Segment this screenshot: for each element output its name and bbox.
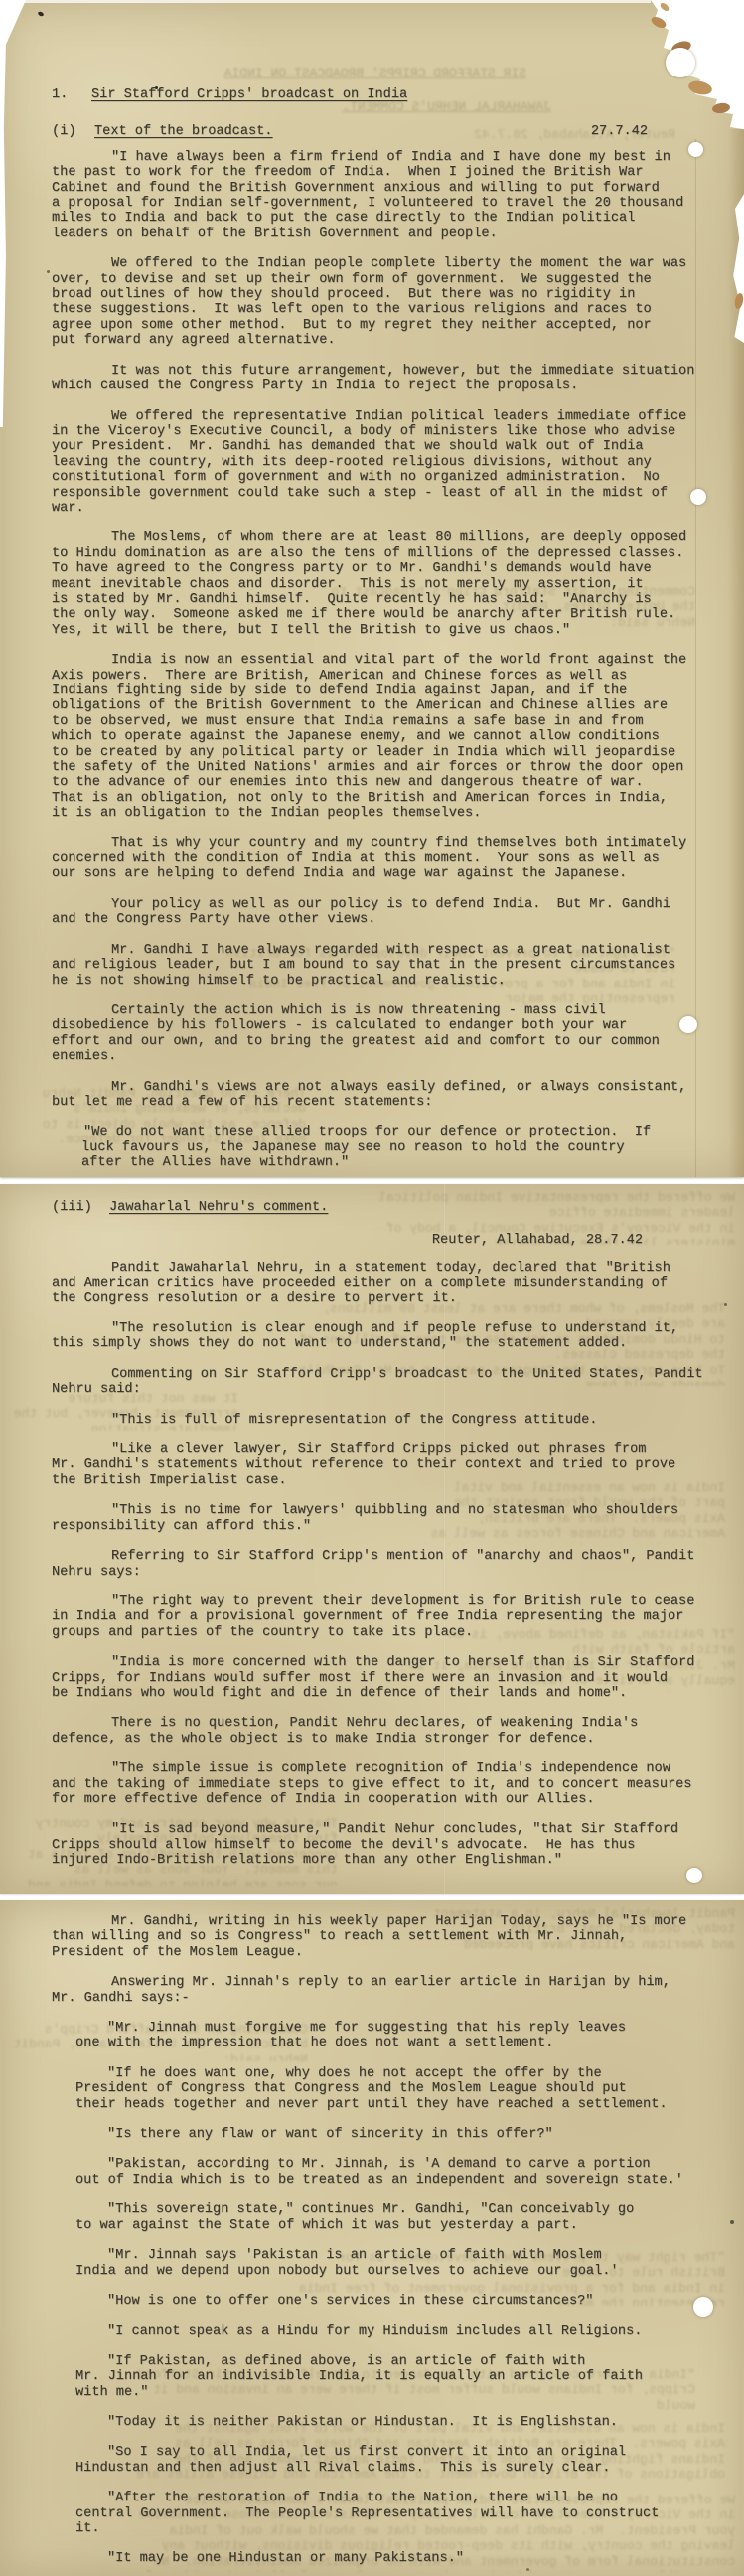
paragraph: "I have always been a firm friend of Ind… (52, 150, 736, 241)
nehru-paragraphs: Pandit Jawaharlal Nehru, in a statement … (52, 1261, 736, 1869)
paragraph: "If Pakistan, as defined above, is an ar… (75, 2354, 736, 2400)
paragraph: We offered to the Indian people complete… (52, 256, 736, 348)
paragraph: "India is more concerned with the danger… (52, 1655, 736, 1701)
paragraph: There is no question, Pandit Nehru decla… (52, 1716, 736, 1746)
paragraph: Referring to Sir Stafford Cripp's mentio… (52, 1549, 736, 1580)
section-number: 1. (52, 87, 91, 102)
punch-hole (690, 489, 706, 505)
paragraph: Mr. Gandhi, writing in his weekly paper … (52, 1914, 736, 1960)
ink-speck (526, 2568, 529, 2571)
subsection-title: Jawaharlal Nehru's comment. (109, 1200, 328, 1215)
paragraph: "Mr. Jinnah must forgive me for suggesti… (75, 2021, 736, 2051)
subsection-heading: (iii)Jawaharlal Nehru's comment. (52, 1200, 736, 1215)
punch-hole (693, 2297, 713, 2317)
ink-speck (155, 86, 158, 89)
paragraph: We offered the representative Indian pol… (52, 409, 736, 517)
section-heading: 1.Sir Stafford Cripps' broadcast on Indi… (52, 87, 736, 102)
page-content: 1.Sir Stafford Cripps' broadcast on Indi… (0, 0, 744, 1171)
paragraph: Pandit Jawaharlal Nehru, in a statement … (52, 1261, 736, 1306)
paragraph: India is now an essential and vital part… (52, 653, 736, 821)
paragraph: "It may be one Hindustan or many Pakista… (75, 2551, 736, 2566)
paragraph: "This is full of misrepresentation of th… (52, 1413, 736, 1428)
paragraph: "The right way to prevent their developm… (52, 1594, 736, 1640)
paragraph: Mr. Gandhi's views are not always easily… (52, 1080, 736, 1111)
paragraph: "How is one to offer one's services in t… (75, 2294, 736, 2309)
paragraph: "After the restoration of India to the N… (75, 2491, 736, 2536)
paragraph: "This sovereign state," continues Mr. Ga… (75, 2202, 736, 2233)
ink-speck (730, 2220, 734, 2224)
subsection-heading: (i)Text of the broadcast.27.7.42 (52, 124, 736, 139)
paragraph: "Today it is neither Pakistan or Hindust… (75, 2415, 736, 2430)
paragraph: "Mr. Jinnah says 'Pakistan is an article… (75, 2248, 736, 2279)
paragraph: "Pakistan, according to Mr. Jinnah, is '… (75, 2157, 736, 2188)
broadcast-date: 27.7.42 (591, 124, 648, 139)
paragraph: It was not this future arrangement, howe… (52, 364, 736, 394)
gandhi-paragraphs: Mr. Gandhi, writing in his weekly paper … (52, 1914, 736, 2567)
ink-speck (47, 270, 50, 273)
paragraph: Your policy as well as our policy is to … (52, 897, 736, 928)
paper-edge (0, 0, 651, 3)
page-content: (iii)Jawaharlal Nehru's comment. Reuter,… (0, 1184, 744, 1869)
punch-hole (688, 142, 703, 157)
section-title: Sir Stafford Cripps' broadcast on India (91, 87, 407, 102)
page-divider (0, 1177, 744, 1184)
page-content: Mr. Gandhi, writing in his weekly paper … (0, 1900, 744, 2567)
subsection-label: (i) (52, 124, 94, 139)
paragraph: "It is sad beyond measure," Pandit Nehur… (52, 1822, 736, 1868)
paragraph: "We do not want these allied troops for … (81, 1125, 736, 1170)
paragraph: Commenting on Sir Stafford Cripp's broad… (52, 1367, 736, 1398)
paragraph: "The resolution is clear enough and if p… (52, 1321, 736, 1352)
paragraph: That is why your country and my country … (52, 836, 736, 882)
paragraph: "Like a clever lawyer, Sir Stafford Crip… (52, 1442, 736, 1488)
paragraph: The Moslems, of whom there are at least … (52, 530, 736, 638)
broadcast-paragraphs: "I have always been a firm friend of Ind… (52, 150, 736, 1171)
punch-hole (686, 1868, 702, 1883)
paragraph: "Is there any flaw or want of sincerity … (75, 2127, 736, 2142)
punch-hole (679, 1016, 697, 1033)
scanned-document: Sir Stafford Cripps' broadcast on India … (0, 0, 744, 2576)
paragraph: "So I say to all India, let us first con… (75, 2445, 736, 2476)
punch-hole (666, 48, 695, 77)
paragraph: "If he does want one, why does he not ac… (75, 2066, 736, 2112)
subsection-label: (iii) (52, 1200, 109, 1215)
ink-speck (724, 1303, 727, 1306)
scanned-page-nehru-comment: We offered the representative Indian pol… (0, 1184, 744, 1894)
subsection-title: Text of the broadcast. (94, 124, 272, 139)
paragraph: "I cannot speak as a Hindu for my Hindui… (75, 2324, 736, 2339)
paragraph: Certainly the action which is is now thr… (52, 1003, 736, 1065)
paragraph: Mr. Gandhi I have always regarded with r… (52, 943, 736, 988)
page-divider (0, 1894, 744, 1900)
scanned-page-broadcast-text: Sir Stafford Cripps' broadcast on India … (0, 0, 744, 1177)
scanned-page-gandhi-harijan: Pandit Jawaharlal Nehru, in a statement … (0, 1900, 744, 2576)
news-byline: Reuter, Allahabad, 28.7.42 (52, 1233, 736, 1248)
paragraph: Answering Mr. Jinnah's reply to an earli… (52, 1975, 736, 2006)
paragraph: "This is no time for lawyers' quibbling … (52, 1503, 736, 1534)
paragraph: "The simple issue is complete recognitio… (52, 1761, 736, 1807)
